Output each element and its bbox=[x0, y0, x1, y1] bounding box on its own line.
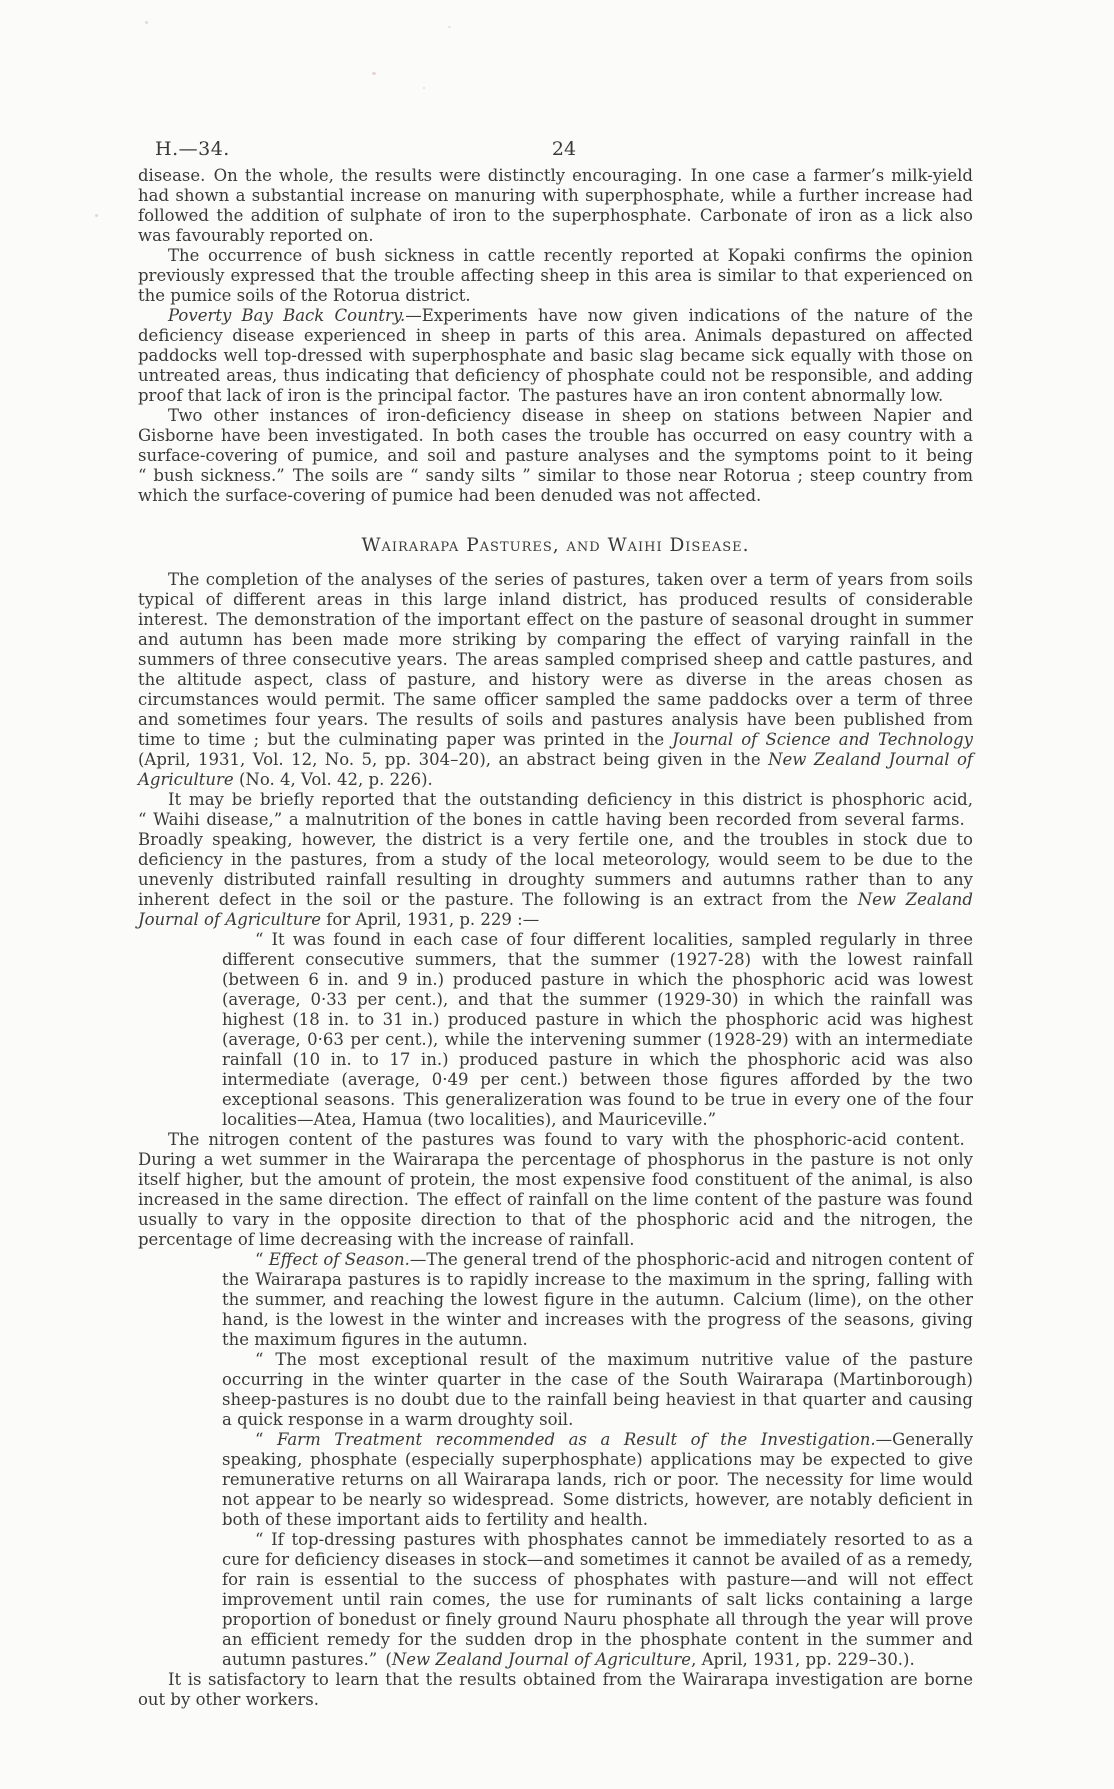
blockquote-paragraph: “ If top-dressing pastures with phosphat… bbox=[222, 1530, 973, 1670]
text-run: Wairarapa Pastures, and Waihi Disease. bbox=[361, 535, 749, 556]
text-run: (No. 4, Vol. 42, p. 226). bbox=[234, 770, 433, 789]
italic-text-run: Effect of Season. bbox=[269, 1250, 410, 1269]
text-run: The nitrogen content of the pastures was… bbox=[138, 1130, 973, 1249]
paragraph: disease. On the whole, the results were … bbox=[138, 166, 973, 246]
text-run: “ It was found in each case of four diff… bbox=[222, 930, 973, 1129]
text-run: It is satisfactory to learn that the res… bbox=[138, 1670, 973, 1709]
scan-speck bbox=[423, 87, 425, 89]
paragraph: The occurrence of bush sickness in cattl… bbox=[138, 246, 973, 306]
text-run: disease. On the whole, the results were … bbox=[138, 166, 973, 245]
paragraph: Poverty Bay Back Country.—Experiments ha… bbox=[138, 306, 973, 406]
paragraph: It is satisfactory to learn that the res… bbox=[138, 1670, 973, 1710]
text-run: , April, 1931, pp. 229–30.). bbox=[691, 1650, 915, 1669]
document-page: H.—34. 24 disease. On the whole, the res… bbox=[0, 0, 1114, 1789]
text-run: “ bbox=[255, 1250, 269, 1269]
italic-text-run: Farm Treatment recommended as a Result o… bbox=[277, 1430, 876, 1449]
blockquote-paragraph: “ Farm Treatment recommended as a Result… bbox=[222, 1430, 973, 1530]
page-header: H.—34. 24 bbox=[138, 138, 973, 164]
scan-speck bbox=[372, 72, 376, 75]
text-run: (April, 1931, Vol. 12, No. 5, pp. 304–20… bbox=[138, 750, 768, 769]
scan-speck bbox=[145, 21, 148, 24]
blockquote-paragraph: “ Effect of Season.—The general trend of… bbox=[222, 1250, 973, 1350]
scan-speck bbox=[95, 214, 98, 217]
scan-speck bbox=[448, 26, 451, 28]
report-number: H.—34. bbox=[155, 138, 230, 160]
text-run: “ The most exceptional result of the max… bbox=[222, 1350, 973, 1429]
text-run: “ If top-dressing pastures with phosphat… bbox=[222, 1530, 973, 1669]
paragraph: It may be briefly reported that the outs… bbox=[138, 790, 973, 930]
italic-text-run: New Zealand Journal of Agriculture bbox=[392, 1650, 691, 1669]
paragraph: The nitrogen content of the pastures was… bbox=[138, 1130, 973, 1250]
document-body: disease. On the whole, the results were … bbox=[138, 166, 973, 1710]
text-run: The occurrence of bush sickness in cattl… bbox=[138, 246, 973, 305]
text-run: It may be briefly reported that the outs… bbox=[138, 790, 973, 909]
text-run: for April, 1931, p. 229 :— bbox=[321, 910, 539, 929]
section-heading: Wairarapa Pastures, and Waihi Disease. bbox=[138, 536, 973, 556]
paragraph: Two other instances of iron-deficiency d… bbox=[138, 406, 973, 506]
page-number: 24 bbox=[552, 138, 576, 160]
blockquote-paragraph: “ The most exceptional result of the max… bbox=[222, 1350, 973, 1430]
text-run: The completion of the analyses of the se… bbox=[138, 570, 973, 749]
text-run: “ bbox=[255, 1430, 277, 1449]
italic-text-run: Journal of Science and Technology bbox=[672, 730, 973, 749]
italic-text-run: Poverty Bay Back Country. bbox=[168, 306, 405, 325]
blockquote-paragraph: “ It was found in each case of four diff… bbox=[222, 930, 973, 1130]
text-run: Two other instances of iron-deficiency d… bbox=[138, 406, 973, 505]
paragraph: The completion of the analyses of the se… bbox=[138, 570, 973, 790]
